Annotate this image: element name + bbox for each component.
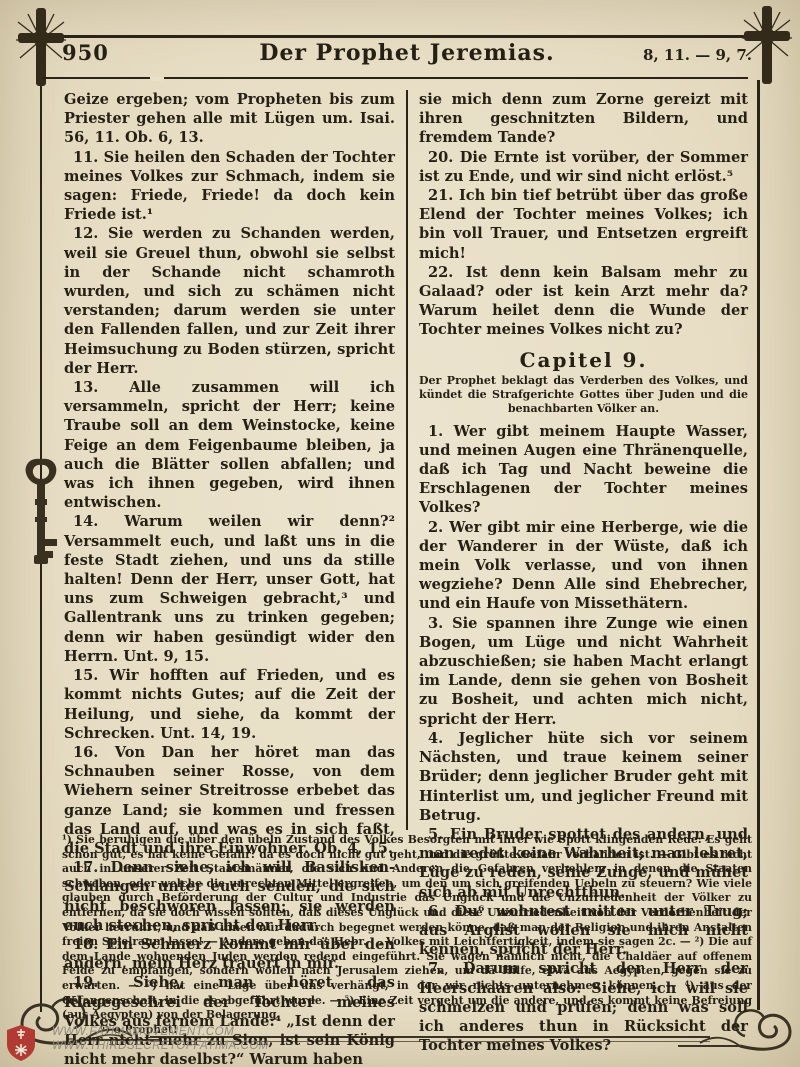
chapter-heading: Capitel 9. <box>419 348 748 372</box>
verse-paragraph: 12. Sie werden zu Schanden werden, weil … <box>64 224 395 378</box>
verse-paragraph: 20. Die Ernte ist vorüber, der Sommer is… <box>419 148 748 186</box>
key-ornament-icon <box>22 455 60 589</box>
verse-paragraph: 3. Sie spannen ihre Zunge wie einen Boge… <box>419 614 748 729</box>
verse-paragraph: 2. Wer gibt mir eine Herberge, wie die d… <box>419 518 748 614</box>
watermark-url: WWW.FATIMAMOVEMENT.COM <box>52 1026 382 1040</box>
footnote-block: ¹) Sie beruhigen die über den übeln Zust… <box>62 833 752 1037</box>
frame-right-rule <box>757 80 760 1010</box>
verse-paragraph: 1. Wer gibt meinem Haupte Wasser, und me… <box>419 422 748 518</box>
watermark: WWW.FATIMAMOVEMENT.COM WWW.THIRDSECRETOF… <box>52 1026 382 1053</box>
verse-paragraph: 11. Sie heilen den Schaden der Tochter m… <box>64 148 395 225</box>
scanned-bible-page: 950 Der Prophet Jeremias. 8, 11. — 9, 7.… <box>0 0 800 1067</box>
right-column: sie mich denn zum Zorne gereizt mit ihre… <box>406 90 748 830</box>
left-column: Geize ergeben; vom Propheten bis zum Pri… <box>64 90 406 830</box>
verse-paragraph: 13. Alle zusammen will ich versammeln, s… <box>64 378 395 512</box>
page-header: 950 Der Prophet Jeremias. 8, 11. — 9, 7. <box>62 40 752 66</box>
scripture-columns: Geize ergeben; vom Propheten bis zum Pri… <box>64 90 748 830</box>
watermark-url: WWW.THIRDSECRETOFFATIMA.COM <box>52 1040 382 1054</box>
verse-range-reference: 8, 11. — 9, 7. <box>622 46 752 64</box>
verse-paragraph: sie mich denn zum Zorne gereizt mit ihre… <box>419 90 748 148</box>
footnote-text: ¹) Sie beruhigen die über den übeln Zust… <box>62 833 752 1023</box>
page-number: 950 <box>62 40 192 65</box>
verse-paragraph: 15. Wir hofften auf Frieden, und es komm… <box>64 666 395 743</box>
verse-paragraph: 21. Ich bin tief betrübt über das große … <box>419 186 748 263</box>
verse-paragraph: 22. Ist denn kein Balsam mehr zu Galaad?… <box>419 263 748 340</box>
verse-paragraph: 14. Warum weilen wir denn?² Versammelt e… <box>64 512 395 666</box>
frame-top-rule <box>42 35 748 38</box>
chapter-summary: Der Prophet beklagt das Verderben des Vo… <box>419 374 748 416</box>
header-rule <box>42 77 748 79</box>
verse-paragraph: Geize ergeben; vom Propheten bis zum Pri… <box>64 90 395 148</box>
fatima-shield-icon <box>6 1024 36 1066</box>
verse-paragraph: 4. Jeglicher hüte sich vor seinem Nächst… <box>419 729 748 825</box>
page-title: Der Prophet Jeremias. <box>192 40 622 66</box>
